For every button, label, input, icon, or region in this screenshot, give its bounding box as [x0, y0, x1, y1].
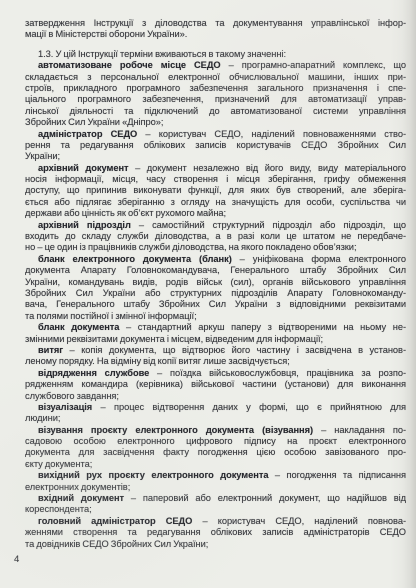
- text-line: архівний документ – документ незалежно в…: [25, 163, 406, 174]
- text-line: автоматизоване робоче місце СЕДО – прогр…: [25, 60, 406, 71]
- text-line: людини;: [25, 413, 406, 424]
- paragraph: 1.3. У цій Інструкції терміни вживаються…: [25, 49, 406, 60]
- defined-term: бланк документа: [38, 322, 119, 332]
- text-line: Збройних Сил України «Дніпро»;: [25, 117, 406, 128]
- text-line: кореспондента;: [25, 504, 406, 515]
- defined-term: візування проєкту електронного документа…: [38, 425, 313, 435]
- paragraph: візування проєкту електронного документа…: [25, 425, 406, 471]
- defined-term: автоматизоване робоче місце СЕДО: [38, 60, 221, 70]
- text-line: України, командувань видів, родів військ…: [25, 277, 406, 288]
- text-line: лінської діяльності та підключений до ав…: [25, 106, 406, 117]
- text-line: женнями створення та редагування обліков…: [25, 527, 406, 538]
- paragraph: автоматизоване робоче місце СЕДО – прогр…: [25, 60, 406, 128]
- document-text-block: затвердження Інструкції з діловодства та…: [25, 18, 406, 550]
- paragraph: бланк документа – стандартний аркуш папе…: [25, 322, 406, 345]
- text-line: єкту документа;: [25, 459, 406, 470]
- text-line: вихідний рух проєкту електронного докуме…: [25, 470, 406, 481]
- text-line: адміністратор СЕДО – користувач СЕДО, на…: [25, 129, 406, 140]
- paragraph: вхідний документ – паперовий або електро…: [25, 493, 406, 516]
- text-line: документа для засвідчення факту погоджен…: [25, 447, 406, 458]
- text-line: носія інформації, місця, часу створення …: [25, 174, 406, 185]
- text-line: строїв, прикладного програмного забезпеч…: [25, 83, 406, 94]
- paragraph: бланк електронного документа (бланк) – у…: [25, 254, 406, 322]
- paragraph: відрядження службове – поїздка військово…: [25, 368, 406, 402]
- paragraph: вихідний рух проєкту електронного докуме…: [25, 470, 406, 493]
- paragraph: архівний підрозділ – самостійний структу…: [25, 220, 406, 254]
- text-line: вхідний документ – паперовий або електро…: [25, 493, 406, 504]
- paragraph: головний адміністратор СЕДО – користувач…: [25, 516, 406, 550]
- text-line: витяг – копія документа, що відтворює йо…: [25, 345, 406, 356]
- text-line: та полями постійної і змінної інформації…: [25, 311, 406, 322]
- defined-term: візуалізація: [38, 402, 92, 412]
- defined-term: вхідний документ: [38, 493, 124, 503]
- paragraph: адміністратор СЕДО – користувач СЕДО, на…: [25, 129, 406, 163]
- text-line: ціального програмного забезпечення, приз…: [25, 94, 406, 105]
- defined-term: бланк електронного документа (бланк): [38, 254, 232, 264]
- text-line: затвердження Інструкції з діловодства та…: [25, 18, 406, 29]
- paragraph: візуалізація – процес відтворення даних …: [25, 402, 406, 425]
- defined-term: архівний підрозділ: [38, 220, 131, 230]
- text-line: головний адміністратор СЕДО – користувач…: [25, 516, 406, 527]
- text-line: садовою особою електронного цифрового пі…: [25, 436, 406, 447]
- text-line: бланк електронного документа (бланк) – у…: [25, 254, 406, 265]
- text-line: рення та редагування облікових записів к…: [25, 140, 406, 151]
- text-line: архівний підрозділ – самостійний структу…: [25, 220, 406, 231]
- text-line: доступу, що припинив виконувати функції,…: [25, 185, 406, 196]
- page-number: 4: [14, 554, 19, 565]
- document-page: затвердження Інструкції з діловодства та…: [0, 0, 416, 588]
- text-line: держави або цінність як об’єкт рухомого …: [25, 208, 406, 219]
- paragraph: архівний документ – документ незалежно в…: [25, 163, 406, 220]
- text-line: документа Апарату Головнокомандувача, Ге…: [25, 265, 406, 276]
- text-line: візування проєкту електронного документа…: [25, 425, 406, 436]
- text-line: візуалізація – процес відтворення даних …: [25, 402, 406, 413]
- text-line: службового завдання;: [25, 391, 406, 402]
- text-line: бланк документа – стандартний аркуш папе…: [25, 322, 406, 333]
- paragraph: затвердження Інструкції з діловодства та…: [25, 18, 406, 41]
- text-line: та довідників СЕДО Збройних Сил України;: [25, 539, 406, 550]
- defined-term: вихідний рух проєкту електронного докуме…: [38, 470, 268, 480]
- text-line: ється або підлягає зберіганню з огляду н…: [25, 197, 406, 208]
- defined-term: адміністратор СЕДО: [38, 129, 137, 139]
- text-line: рядженням командира (керівника) військов…: [25, 379, 406, 390]
- text-line: складається з персональної електронної о…: [25, 72, 406, 83]
- text-line: електронних документів;: [25, 482, 406, 493]
- text-line: 1.3. У цій Інструкції терміни вживаються…: [25, 49, 406, 60]
- text-line: но – це один із працівників служби ділов…: [25, 242, 406, 253]
- text-line: вача, Генерального штабу Збройних Сил Ук…: [25, 299, 406, 310]
- text-line: змінними реквізитами документа і місцем,…: [25, 334, 406, 345]
- defined-term: архівний документ: [38, 163, 129, 173]
- text-line: відрядження службове – поїздка військово…: [25, 368, 406, 379]
- defined-term: витяг: [38, 345, 63, 355]
- text-line: леному порядку. На відміну від копії вит…: [25, 356, 406, 367]
- text-line: входить до складу служби діловодства, а …: [25, 231, 406, 242]
- text-line: мації в Міністерстві оборони України».: [25, 29, 406, 40]
- defined-term: відрядження службове: [38, 368, 149, 378]
- paragraph: витяг – копія документа, що відтворює йо…: [25, 345, 406, 368]
- defined-term: головний адміністратор СЕДО: [38, 516, 192, 526]
- text-line: Збройних Сил України або структурних під…: [25, 288, 406, 299]
- text-line: України;: [25, 151, 406, 162]
